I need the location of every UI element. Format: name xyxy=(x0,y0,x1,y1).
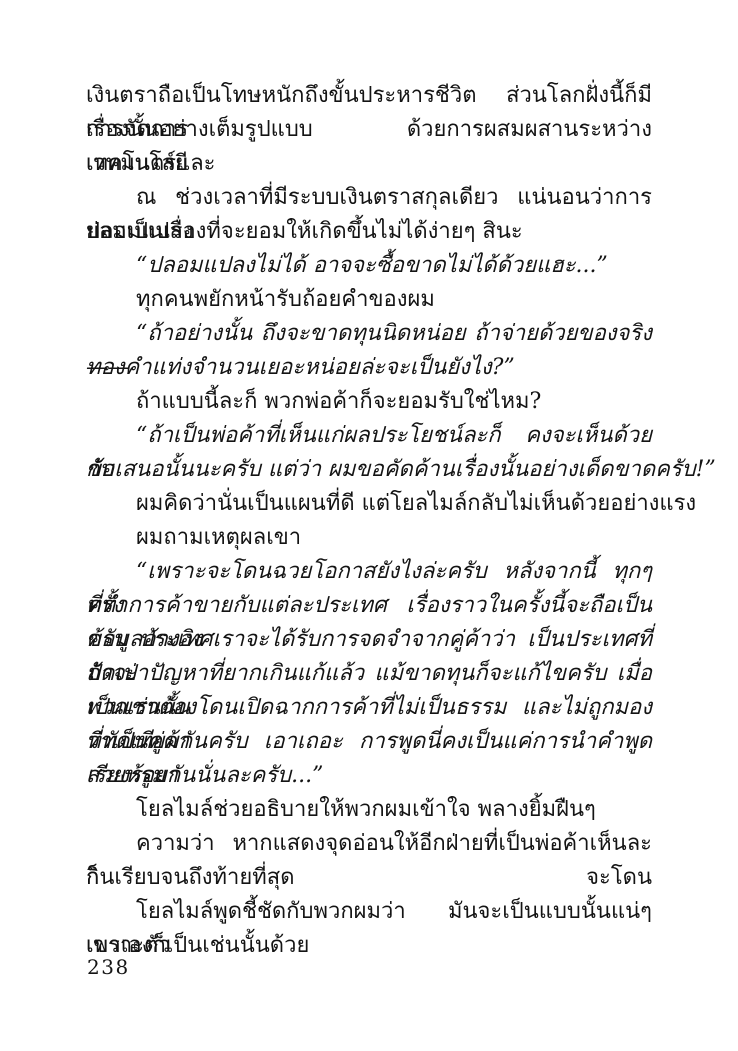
text-line: “ถ้าอย่างนั้น ถึงจะขาดทุนนิดหน่อย ถ้าจ่า… xyxy=(86,317,652,351)
text-line: โยลไมล์ช่วยอธิบายให้พวกผมเข้าใจ พลางยิ้ม… xyxy=(86,793,652,827)
text-line: เขาเองก็เป็นเช่นนั้นด้วย xyxy=(86,929,652,963)
text-line: โยลไมล์พูดชี้ชัดกับพวกผมว่า มันจะเป็นแบบ… xyxy=(86,895,652,929)
text-line: ผมคิดว่านั่นเป็นแผนที่ดี แต่โยลไมล์กลับไ… xyxy=(86,487,652,521)
text-line: ครับ ประเทศเราจะได้รับการจดจำจากคู่ค้าว่… xyxy=(86,623,652,657)
text-line: พวกเราต้องโดนเปิดฉากการค้าที่ไม่เป็นธรรม… xyxy=(86,691,652,725)
text-line: “ปลอมแปลงไม่ได้ อาจจะซื้อขาดไม่ได้ด้วยแฮ… xyxy=(86,249,652,283)
text-line: ข้อเสนอนั้นนะครับ แต่ว่า ผมขอคัดค้านเรื่… xyxy=(86,453,652,487)
text-line: ทุกคนพยักหน้ารับถ้อยคำของผม xyxy=(86,283,652,317)
text-line: ที่ทำการค้าขายกับแต่ละประเทศ เรื่องราวใน… xyxy=(86,589,652,623)
body-text: เงินตราถือเป็นโทษหนักถึงขั้นประหารชีวิต … xyxy=(86,79,652,963)
text-line: ความว่า หากแสดงจุดอ่อนให้อีกฝ่ายที่เป็นพ… xyxy=(86,827,652,861)
text-line: เรียงร้อยกันนั่นละครับ...” xyxy=(86,759,652,793)
text-line: เรื่องนั้นอย่างเต็มรูปแบบ ด้วยการผสมผสาน… xyxy=(86,113,652,147)
text-line: เงินตราถือเป็นโทษหนักถึงขั้นประหารชีวิต … xyxy=(86,79,652,113)
text-line: “ถ้าเป็นพ่อค้าที่เห็นแก่ผลประโยชน์ละก็ ค… xyxy=(86,419,652,453)
text-line: เทคโนโลยี xyxy=(86,147,652,181)
text-line: ผมถามเหตุผลเขา xyxy=(86,521,652,555)
page-number: 238 xyxy=(87,955,130,979)
text-line: ถ้าแบบนี้ละก็ พวกพ่อค้าก็จะยอมรับใช่ไหม? xyxy=(86,385,652,419)
text-line: ปัดเป่าปัญหาที่ยากเกินแก้แล้ว แม้ขาดทุนก… xyxy=(86,657,652,691)
text-line: “เพราะจะโดนฉวยโอกาสยังไงล่ะครับ หลังจากน… xyxy=(86,555,652,589)
book-page: เงินตราถือเป็นโทษหนักถึงขั้นประหารชีวิต … xyxy=(0,0,738,1051)
text-line: ย่อมเป็นเรื่องที่จะยอมให้เกิดขึ้นไม่ได้ง… xyxy=(86,215,652,249)
text-line: ที่ทัดเทียมกันครับ เอาเถอะ การพูดนี่คงเป… xyxy=(86,725,652,759)
text-line: ณ ช่วงเวลาที่มีระบบเงินตราสกุลเดียว แน่น… xyxy=(86,181,652,215)
text-line: ทองคำแท่งจำนวนเยอะหน่อยล่ะจะเป็นยังไง?” xyxy=(86,351,652,385)
